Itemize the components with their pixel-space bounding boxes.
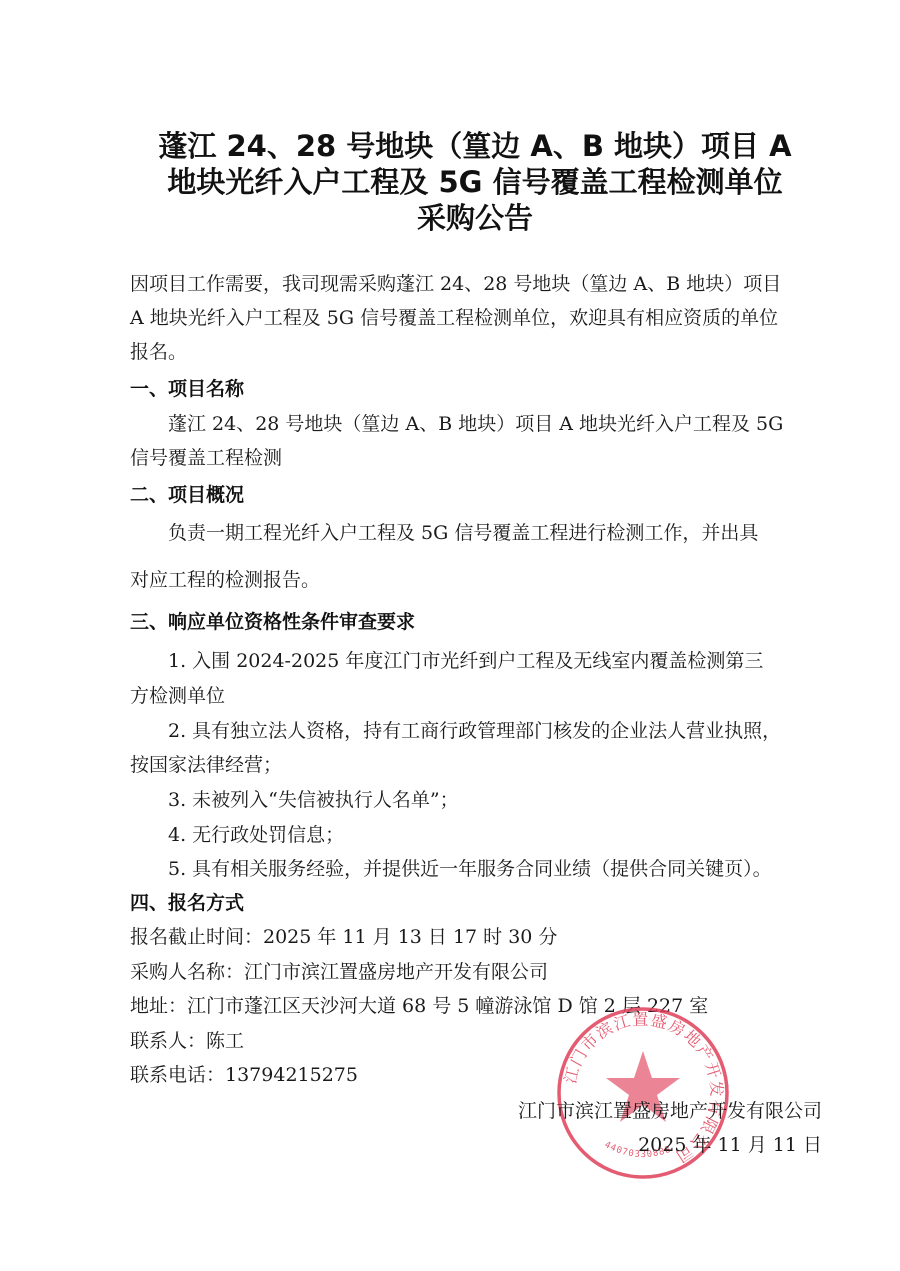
contact-person: 联系人：陈工	[130, 1026, 244, 1056]
section-3-line-1: 1. 入围 2024-2025 年度江门市光纤到户工程及无线室内覆盖检测第三	[168, 646, 763, 676]
section-3-line-3: 2. 具有独立法人资格，持有工商行政管理部门核发的企业法人营业执照，	[168, 716, 781, 746]
section-2-line-2: 对应工程的检测报告。	[130, 565, 320, 595]
signature-company: 江门市滨江置盛房地产开发有限公司	[518, 1096, 822, 1126]
section-3-line-2: 方检测单位	[130, 681, 225, 711]
section-heading-qualification-requirements: 三、响应单位资格性条件审查要求	[130, 607, 415, 637]
section-3-line-5: 3. 未被列入“失信被执行人名单”；	[168, 785, 459, 815]
intro-line-2: A 地块光纤入户工程及 5G 信号覆盖工程检测单位，欢迎具有相应资质的单位	[130, 303, 778, 333]
signature-date: 2025 年 11 月 11 日	[638, 1130, 822, 1160]
purchaser-name: 采购人名称：江门市滨江置盛房地产开发有限公司	[130, 957, 548, 987]
section-3-line-7: 5. 具有相关服务经验，并提供近一年服务合同业绩（提供合同关键页）。	[168, 854, 772, 884]
title-line-1: 蓬江 24、28 号地块（篁边 A、B 地块）项目 A	[120, 128, 830, 164]
title-line-3: 采购公告	[120, 200, 830, 236]
section-3-line-4: 按国家法律经营；	[130, 750, 282, 780]
title-line-2: 地块光纤入户工程及 5G 信号覆盖工程检测单位	[120, 164, 830, 200]
contact-phone: 联系电话：13794215275	[130, 1060, 358, 1090]
section-heading-project-name: 一、项目名称	[130, 374, 244, 404]
registration-deadline: 报名截止时间：2025 年 11 月 13 日 17 时 30 分	[130, 922, 557, 952]
section-2-line-1: 负责一期工程光纤入户工程及 5G 信号覆盖工程进行检测工作，并出具	[168, 518, 758, 548]
section-1-line-1: 蓬江 24、28 号地块（篁边 A、B 地块）项目 A 地块光纤入户工程及 5G	[168, 409, 783, 439]
document-page: 蓬江 24、28 号地块（篁边 A、B 地块）项目 A 地块光纤入户工程及 5G…	[0, 0, 900, 1271]
section-1-line-2: 信号覆盖工程检测	[130, 443, 282, 473]
intro-line-1: 因项目工作需要，我司现需采购蓬江 24、28 号地块（篁边 A、B 地块）项目	[130, 269, 781, 299]
section-heading-project-overview: 二、项目概况	[130, 480, 244, 510]
intro-line-3: 报名。	[130, 337, 187, 367]
section-heading-registration: 四、报名方式	[130, 888, 244, 918]
section-3-line-6: 4. 无行政处罚信息；	[168, 820, 344, 850]
document-title: 蓬江 24、28 号地块（篁边 A、B 地块）项目 A 地块光纤入户工程及 5G…	[120, 128, 830, 236]
